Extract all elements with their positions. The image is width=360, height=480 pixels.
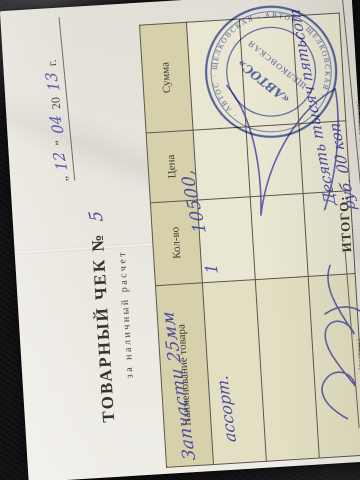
date-day-handwritten: 12 xyxy=(49,151,71,170)
receipt-rotation-wrapper: „ 12 ” 04 20 13 г. ТОВАРНЫЙ ЧЕК № 5 за н… xyxy=(0,0,360,480)
stamp-inner-circle xyxy=(209,9,334,134)
receipt-title-label: ТОВАРНЫЙ ЧЕК № xyxy=(88,232,119,423)
item-qty-handwritten: 1 xyxy=(201,264,222,274)
date-open-quote: „ xyxy=(56,176,71,183)
date-month-handwritten: 04 xyxy=(46,115,68,134)
date-year-printed: 20 xyxy=(48,96,64,109)
date-line: „ 12 ” 04 20 13 г. xyxy=(38,17,76,182)
date-year-handwritten: 13 xyxy=(41,72,63,91)
receipt-number-handwritten: 5 xyxy=(85,209,108,222)
date-close-quote: ” xyxy=(52,139,67,146)
stamp-center-line1: «АВТОС» xyxy=(235,56,293,106)
receipt-paper: „ 12 ” 04 20 13 г. ТОВАРНЫЙ ЧЕК № 5 за н… xyxy=(0,0,360,480)
cell-qty xyxy=(250,194,308,280)
photo-scene: „ 12 ” 04 20 13 г. ТОВАРНЫЙ ЧЕК № 5 за н… xyxy=(0,0,360,480)
date-year-suffix: г. xyxy=(45,59,61,67)
signature-hint: (подпись) xyxy=(356,338,360,370)
